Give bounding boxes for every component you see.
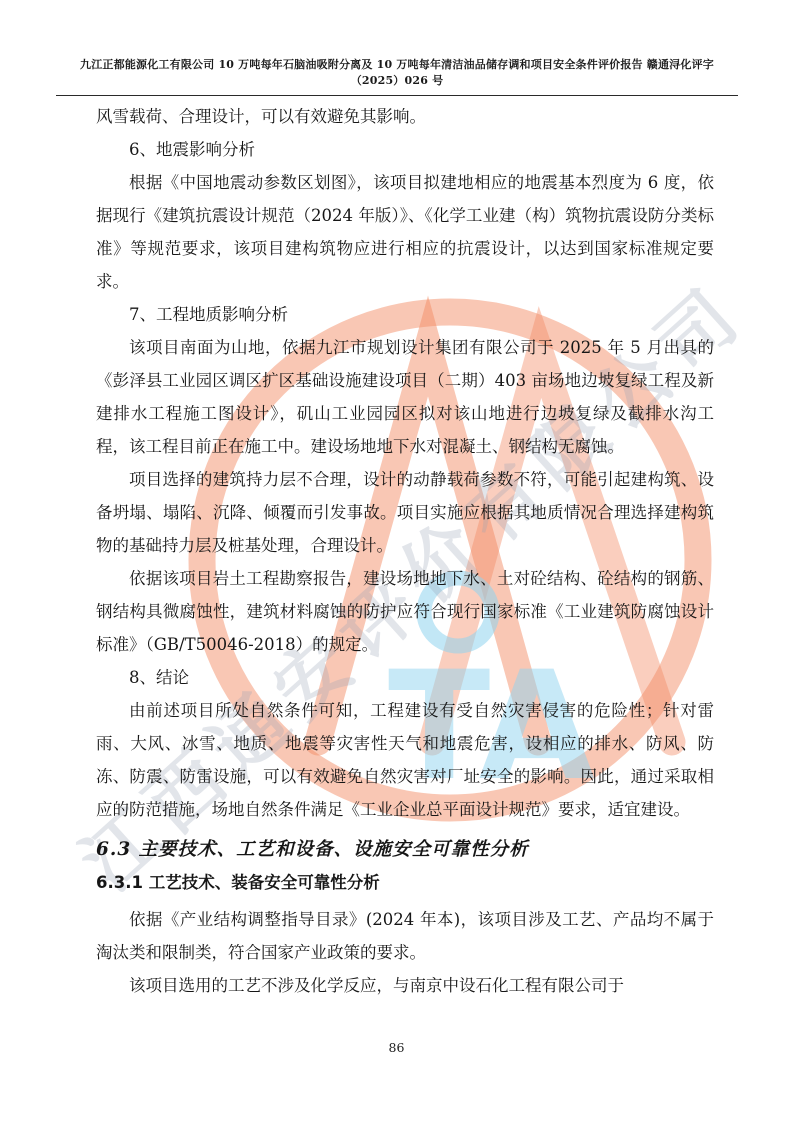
- paragraph: 该项目选用的工艺不涉及化学反应，与南京中设石化工程有限公司于: [96, 969, 714, 1002]
- paragraph: 由前述项目所处自然条件可知，工程建设有受自然灾害侵害的危险性；针对雷雨、大风、冰…: [96, 694, 714, 826]
- paragraph: 7、工程地质影响分析: [96, 298, 714, 331]
- paragraph: 8、结论: [96, 661, 714, 694]
- document-page: { "header": { "text": "九江正都能源化工有限公司 10 万…: [0, 0, 793, 1122]
- report-header-text: 九江正都能源化工有限公司 10 万吨每年石脑油吸附分离及 10 万吨每年清洁油品…: [80, 58, 714, 87]
- paragraph: 该项目南面为山地，依据九江市规划设计集团有限公司于 2025 年 5 月出具的《…: [96, 331, 714, 463]
- paragraph: 依据《产业结构调整指导目录》(2024 年本)，该项目涉及工艺、产品均不属于淘汰…: [96, 903, 714, 969]
- paragraph: 根据《中国地震动参数区划图》，该项目拟建地相应的地震基本烈度为 6 度，依据现行…: [96, 166, 714, 298]
- section-heading: 6.3.1 工艺技术、装备安全可靠性分析: [96, 868, 714, 898]
- paragraph: 风雪载荷、合理设计，可以有效避免其影响。: [96, 100, 714, 133]
- paragraph: 依据该项目岩土工程勘察报告，建设场地地下水、土对砼结构、砼结构的钢筋、钢结构具微…: [96, 562, 714, 661]
- page-number: 86: [389, 1040, 405, 1055]
- section-heading: 6.3 主要技术、工艺和设备、设施安全可靠性分析: [96, 835, 714, 865]
- document-body: 风雪载荷、合理设计，可以有效避免其影响。6、地震影响分析根据《中国地震动参数区划…: [96, 100, 714, 1002]
- report-header: 九江正都能源化工有限公司 10 万吨每年石脑油吸附分离及 10 万吨每年清洁油品…: [56, 56, 738, 96]
- paragraph: 项目选择的建筑持力层不合理，设计的动静载荷参数不符，可能引起建构筑、设备坍塌、塌…: [96, 463, 714, 562]
- paragraph: 6、地震影响分析: [96, 133, 714, 166]
- page-footer: 86: [0, 1040, 793, 1055]
